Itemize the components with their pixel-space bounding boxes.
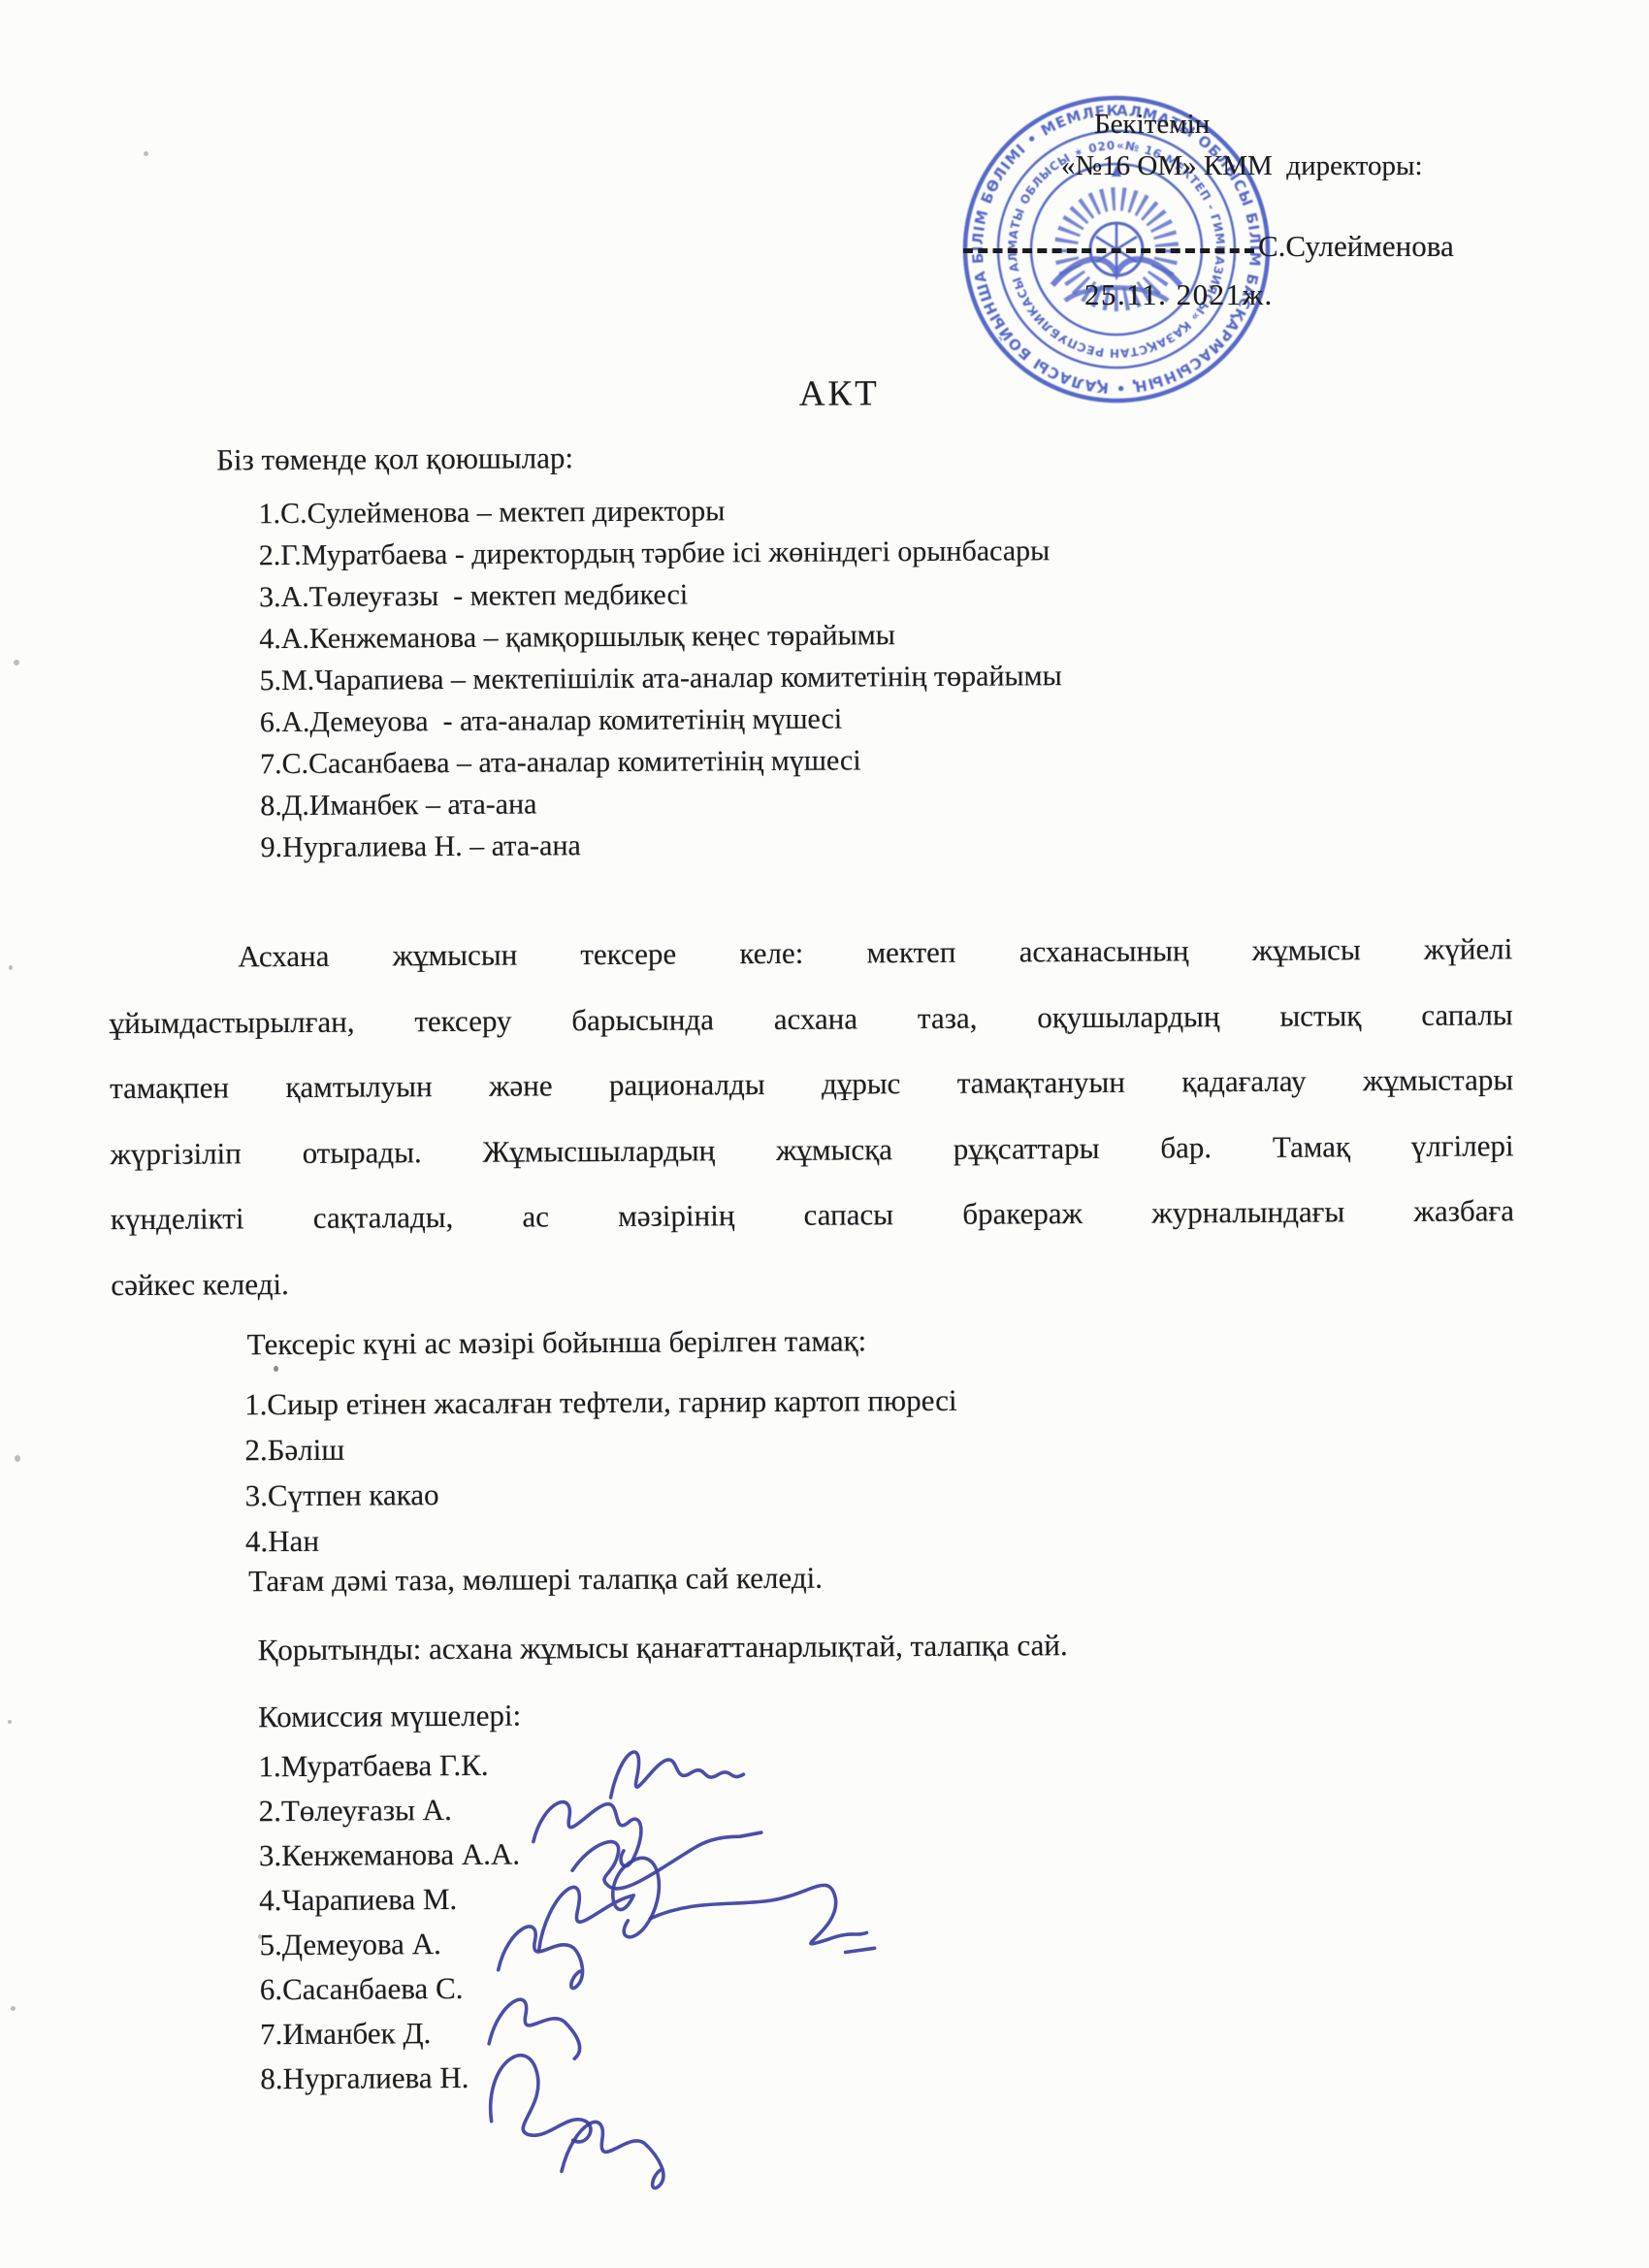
scan-speck: [274, 1366, 278, 1372]
signatory-line: 6.А.Демеуова - ата-аналар комитетінің мү…: [260, 697, 1062, 743]
paragraph-line: күнделікті сақталады, ас мәзірінің сапас…: [111, 1178, 1514, 1251]
document-title: АКТ: [799, 373, 880, 415]
scanned-document-page: АЛМАТЫ ОБЛЫСЫ БІЛІМ БАСҚАРМАСЫНЫҢ • ҚАЛА…: [0, 0, 1649, 2268]
inspection-paragraph: Асхана жұмысын тексере келе: мектеп асха…: [109, 916, 1514, 1317]
signatory-line: 4.А.Кенжеманова – қамқоршылық кеңес төра…: [259, 613, 1061, 660]
scan-speck: [14, 660, 19, 665]
signatory-line: 2.Г.Муратбаева - директордың тәрбие ісі …: [259, 530, 1061, 576]
paragraph-line: сәйкес келеді.: [111, 1244, 1514, 1317]
document-body: АКТ Біз төменде қол қоюшылар: 1.С.Сулейм…: [0, 0, 1649, 2268]
signatory-line: 1.С.Сулейменова – мектеп директоры: [258, 488, 1060, 535]
scan-speck: [11, 2006, 16, 2011]
menu-item-line: 1.Сиыр етінен жасалған тефтели, гарнир к…: [244, 1377, 957, 1427]
signatory-line: 9.Нургалиева Н. – ата-ана: [260, 822, 1062, 868]
menu-item-line: 4.Нан: [245, 1514, 958, 1564]
signature-imanbek: [490, 2055, 591, 2142]
signature-nurgalieva: [562, 2122, 663, 2188]
menu-list: 1.Сиыр етінен жасалған тефтели, гарнир к…: [244, 1377, 958, 1564]
signatory-line: 3.А.Төлеуғазы - мектеп медбикесі: [259, 571, 1061, 618]
menu-heading: Тексеріс күні ас мәзірі бойынша берілген…: [247, 1323, 867, 1362]
conclusion-line: Қорытынды: асхана жұмысы қанағаттанарлық…: [258, 1628, 1068, 1668]
menu-item-line: 2.Бәліш: [244, 1423, 957, 1473]
signature-charapieva-tail: [650, 1885, 874, 1954]
scan-speck: [8, 1720, 12, 1724]
scan-speck: [144, 151, 148, 156]
signature-sasanbaeva: [489, 1999, 580, 2059]
paragraph-line: Асхана жұмысын тексере келе: мектеп асха…: [238, 916, 1512, 989]
scan-speck: [9, 965, 13, 970]
scan-speck: [258, 1934, 262, 1939]
signatory-line: 5.М.Чарапиева – мектепішілік ата-аналар …: [259, 655, 1061, 701]
paragraph-line: ұйымдастырылған, тексеру барысында асхан…: [110, 982, 1513, 1055]
signature-muratbaeva: [610, 1751, 743, 1798]
signature-toleugazy: [533, 1801, 642, 1866]
signatories-list: 1.С.Сулейменова – мектеп директоры2.Г.Му…: [258, 488, 1063, 868]
signatory-line: 7.С.Сасанбаева – ата-аналар комитетінің …: [260, 738, 1062, 785]
signature-charapieva-main: [538, 1858, 660, 1950]
menu-note: Тағам дәмі таза, мөлшері талапқа сай кел…: [248, 1561, 823, 1600]
intro-heading: Біз төменде қол қоюшылар:: [216, 440, 573, 477]
signatory-line: 8.Д.Иманбек – ата-ана: [260, 780, 1062, 826]
menu-item-line: 3.Сүтпен какао: [245, 1469, 958, 1518]
paragraph-line: тамақпен қамтылуын және рационалды дұрыс…: [110, 1047, 1513, 1120]
paragraph-line: жүргізіліп отырады. Жұмысшылардың жұмысқ…: [110, 1113, 1513, 1186]
scan-speck: [15, 1455, 20, 1462]
handwritten-signatures: [372, 1692, 1200, 2211]
signature-kenzhemanova: [572, 1832, 761, 1889]
